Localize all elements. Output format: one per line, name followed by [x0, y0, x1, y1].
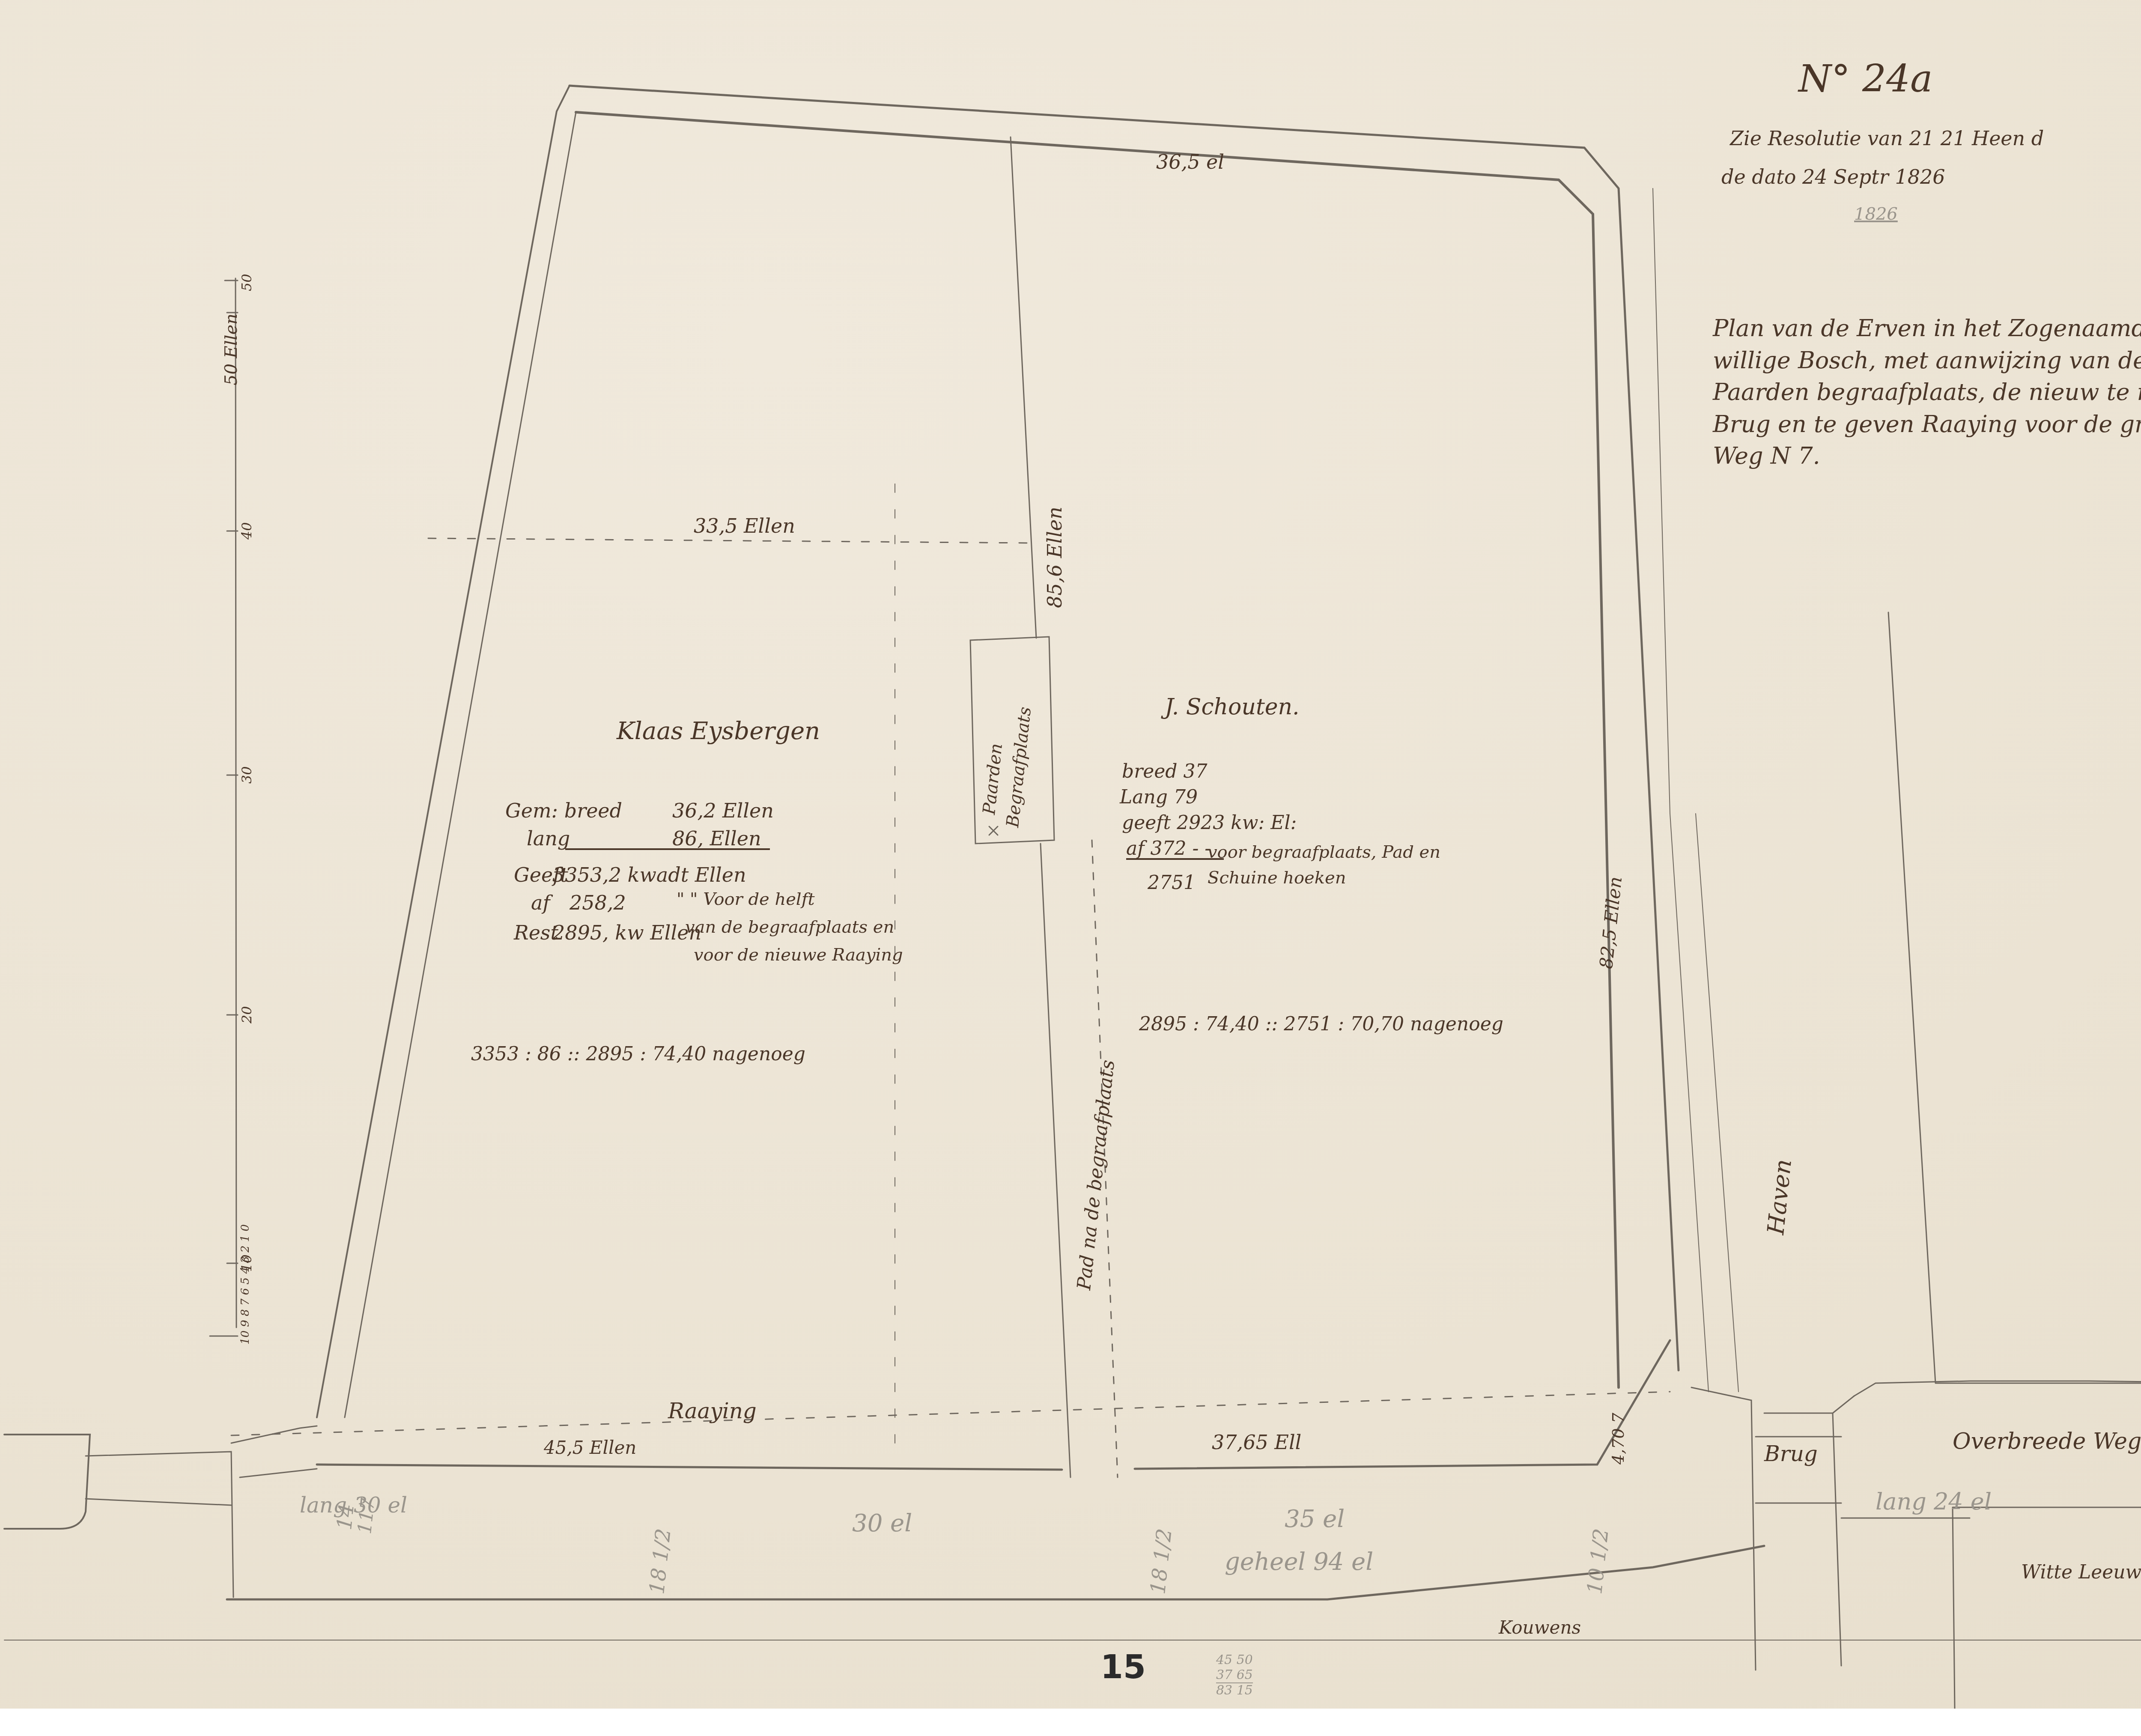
archive-stamp-number: 15 — [1100, 1651, 1146, 1683]
pencil-117: 117 — [355, 1497, 378, 1535]
klaas-calc-note-3: voor de nieuwe Raaying — [694, 946, 903, 963]
title-line-3: Paarden begraafplaats, de nieuw te maken — [1713, 376, 2141, 409]
klaas-proportion: 3353 : 86 :: 2895 : 74,40 nagenoeg — [471, 1045, 805, 1064]
bottom-right-dimension: 37,65 Ell — [1212, 1432, 1301, 1452]
road-front-line — [317, 1340, 1670, 1470]
schouten-calc-lang: Lang 79 — [1120, 788, 1198, 807]
klaas-calc-note-2: van de begraafplaats en — [685, 919, 894, 936]
cemetery-cross — [989, 826, 998, 835]
schouten-af-note-2: Schuine hoeken — [1208, 869, 1346, 886]
scale-tick-30: 30 — [240, 766, 253, 784]
raaying-label: Raaying — [668, 1400, 757, 1422]
resolution-line-2: de dato 24 Septr 1826 — [1721, 167, 1945, 187]
right-parcel-outline — [1888, 608, 2141, 1383]
klaas-calc-value-5: 2895, kw Ellen — [552, 923, 701, 943]
sum-bottom-2: 37 65 — [1216, 1668, 1253, 1684]
middle-length-dimension: 85,6 Ellen — [1045, 507, 1065, 608]
sum-bottom-1: 45 50 — [1216, 1653, 1253, 1668]
resolution-line-1: Zie Resolutie van 21 21 Heen d — [1730, 128, 2044, 148]
schouten-af-note-1: voor begraafplaats, Pad en — [1208, 844, 1440, 861]
scale-tick-20: 20 — [240, 1006, 253, 1023]
scale-tick-50: 50 — [240, 274, 253, 291]
kouwens-label: Kouwens — [1499, 1619, 1581, 1637]
pencil-sum-bottom: 45 50 37 65 83 15 — [1216, 1653, 1253, 1698]
plan-title: Plan van de Erven in het Zogenaamde will… — [1713, 313, 2141, 472]
pencil-18-half-2: 18 1/2 — [1148, 1527, 1175, 1595]
klaas-calc-note-1: " " Voor de helft — [677, 891, 815, 908]
division-line — [1011, 137, 1036, 638]
schouten-calc-rest: 2751 — [1148, 874, 1196, 892]
scale-unit-label: 50 Ellen — [223, 313, 240, 385]
klaas-calc-value-1: 36,2 Ellen — [672, 801, 774, 820]
klaas-width-measure — [428, 538, 1028, 543]
title-line-5: Weg N 7. — [1713, 440, 2141, 472]
owner-klaas-eysbergen: Klaas Eysbergen — [617, 719, 820, 743]
sum-bottom-3: 83 15 — [1216, 1683, 1253, 1698]
haven-right-bank — [1696, 814, 1738, 1392]
plan-drawing — [0, 0, 2141, 1709]
pencil-35-el: 35 el — [1285, 1507, 1345, 1531]
schouten-calc-breed: breed 37 — [1122, 762, 1207, 781]
raaying-line — [231, 1392, 1670, 1435]
owner-j-schouten: J. Schouten. — [1165, 696, 1300, 718]
pencil-14: 14 — [334, 1503, 357, 1531]
sheet-number: N° 24a — [1798, 60, 1932, 98]
top-width-dimension: 36,5 el — [1156, 152, 1224, 172]
klaas-width-dimension: 33,5 Ellen — [694, 516, 795, 536]
haven-left-bank — [1653, 188, 1709, 1392]
schouten-calc-geeft: geeft 2923 kw: El: — [1122, 814, 1297, 832]
scale-fine-ticks: 10 9 8 7 6 5 4 3 2 1 0 — [240, 1224, 251, 1345]
klaas-calc-value-3: 3353,2 kwadt Ellen — [552, 865, 746, 885]
resolution-year: 1826 — [1854, 206, 1898, 223]
pencil-18-half-1: 18 1/2 — [647, 1527, 674, 1595]
parcel-inner-left — [345, 112, 576, 1417]
pencil-lang-24: lang 24 el — [1876, 1490, 1992, 1513]
witte-leeuw-label: Witte Leeuw — [2021, 1563, 2141, 1582]
road-bottom-line — [227, 1546, 1764, 1599]
klaas-calc-value-4: 258,2 — [570, 893, 626, 913]
parcel-outer-left — [317, 86, 570, 1417]
title-line-2: willige Bosch, met aanwijzing van de — [1713, 345, 2141, 377]
klaas-calc-label-5: Rest — [514, 923, 558, 943]
pencil-10-half: 10 1/2 — [1584, 1527, 1612, 1595]
overbreede-weg-label: Overbreede Weg — [1953, 1430, 2141, 1453]
pencil-geheel-94: geheel 94 el — [1225, 1550, 1373, 1574]
scale-bar-line — [236, 278, 236, 1327]
schouten-proportion: 2895 : 74,40 :: 2751 : 70,70 nagenoeg — [1139, 1015, 1503, 1034]
klaas-calc-label-4: af — [531, 893, 550, 913]
title-line-4: Brug en te geven Raaying voor de groote — [1713, 409, 2141, 441]
title-line-1: Plan van de Erven in het Zogenaamde — [1713, 313, 2141, 345]
brug-label: Brug — [1764, 1443, 1818, 1465]
pencil-30-el: 30 el — [852, 1512, 912, 1536]
klaas-calc-value-2: 86, Ellen — [565, 829, 770, 850]
scan-margin — [0, 1709, 2141, 1736]
klaas-calc-label-1: Gem: breed — [505, 801, 622, 820]
corner-dimension: 4,70 7 — [1610, 1413, 1626, 1465]
left-bridge-structure — [4, 1435, 90, 1529]
bottom-left-dimension: 45,5 Ellen — [544, 1439, 636, 1457]
left-bridge-wings — [86, 1426, 317, 1597]
path-left-edge — [1041, 844, 1070, 1477]
scale-bar-ticks — [210, 280, 238, 1336]
klaas-calc-label-2: lang — [527, 829, 570, 848]
brug-structure — [1691, 1387, 1854, 1670]
scale-tick-40: 40 — [240, 522, 253, 540]
